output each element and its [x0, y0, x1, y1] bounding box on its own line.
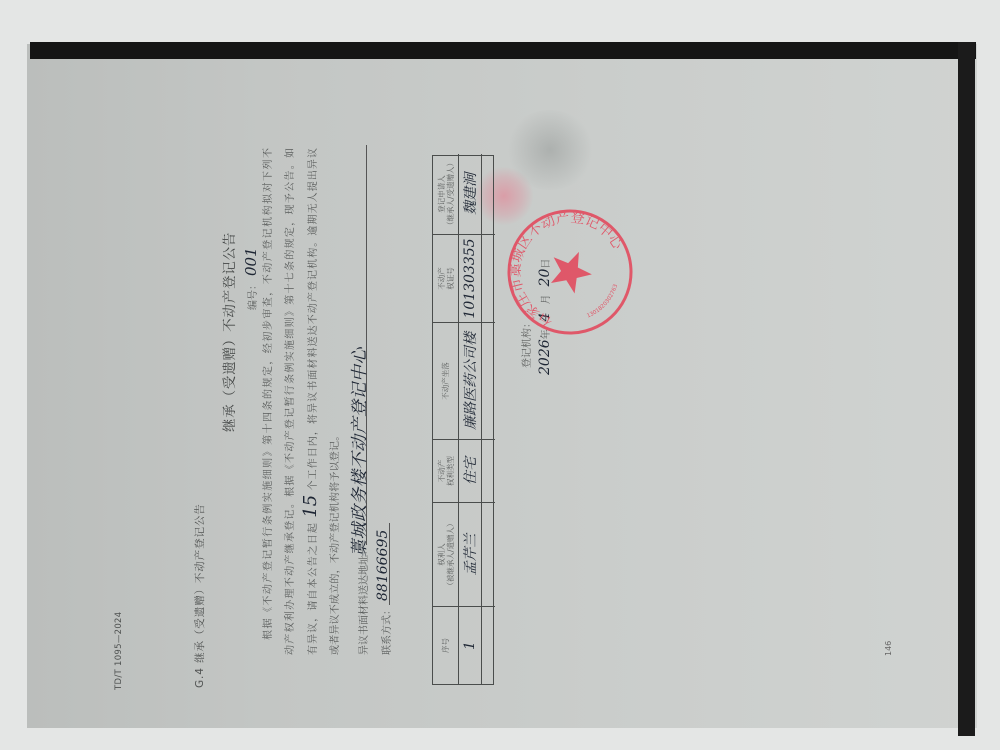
- objection-period-days: 15: [300, 495, 321, 518]
- address-fill-line: 藁城政务楼不动产登记中心: [352, 145, 367, 545]
- header-seq: 序号: [433, 606, 459, 684]
- contact-value: 88166695: [376, 530, 390, 601]
- black-edge-top: [30, 42, 976, 59]
- header-subtext: 权证号: [446, 267, 455, 290]
- row-1-owner: 孟芹兰: [459, 502, 482, 606]
- body-line-2: 动产权利办理不动产继承登记。根据《不动产登记暂行条例实施细则》第十七条的规定，现…: [284, 148, 298, 655]
- row-1-right-type: 住宅: [459, 439, 482, 502]
- date-year: 2026: [537, 339, 553, 375]
- address-value: 藁城政务楼不动产登记中心: [353, 347, 367, 557]
- header-text: 不动产: [437, 267, 446, 290]
- svg-text:1301820302763: 1301820302763: [584, 281, 623, 323]
- row-2-seq: [482, 606, 495, 684]
- row-2-applicant: [482, 154, 495, 234]
- row-2-location: [482, 322, 495, 439]
- body-line-1: 根据《不动产登记暂行条例实施细则》第十四条的规定，经初步审查，不动产登记机构拟对…: [262, 148, 276, 655]
- header-subtext: （继承人/受遗赠人）: [446, 159, 455, 229]
- header-text: 登记申请人: [437, 175, 446, 213]
- header-right-type: 不动产权利类型: [433, 439, 459, 502]
- registration-agency-label: 登记机构：: [518, 318, 533, 368]
- registration-table: 序号 权利人（被继承人/遗赠人） 不动产权利类型 不动产坐落 不动产权证号 登记…: [432, 155, 494, 685]
- header-owner: 权利人（被继承人/遗赠人）: [433, 502, 459, 606]
- header-subtext: 权利类型: [446, 456, 455, 486]
- page-number: 146: [884, 641, 893, 656]
- notice-title: 继承（受遗赠）不动产登记公告: [218, 232, 238, 432]
- header-subtext: （被继承人/遗赠人）: [446, 519, 455, 589]
- serial-label: 编号：: [248, 280, 259, 310]
- seal-code: 1301820302763: [584, 281, 623, 323]
- header-location: 不动产坐落: [433, 322, 459, 439]
- header-text: 序号: [441, 638, 450, 653]
- body-line-3-start: 有异议，请自本公告之日起: [308, 522, 319, 655]
- contact-label: 联系方式：: [382, 605, 393, 655]
- address-line: 异议书面材料送达地址：藁城政务楼不动产登记中心: [352, 148, 372, 655]
- header-text: 不动产: [437, 460, 446, 483]
- row-2-right-type: [482, 439, 495, 502]
- seal-star-icon: [540, 242, 598, 300]
- contact-line: 联系方式：88166695: [375, 148, 395, 655]
- row-2-owner: [482, 502, 495, 606]
- black-edge-right: [958, 42, 975, 736]
- body-line-3-end: 个工作日内，将异议书面材料送达不动产登记机构。逾期无人提出异议: [308, 148, 319, 491]
- body-line-4: 或者异议不成立的，不动产登记机构将予以登记。: [329, 148, 343, 655]
- section-heading: G.4 继承（受遗赠）不动产登记公告: [192, 503, 207, 688]
- contact-fill-line: 88166695: [375, 523, 390, 605]
- header-applicant: 登记申请人（继承人/受遗赠人）: [433, 154, 459, 234]
- header-certificate-no: 不动产权证号: [433, 234, 459, 322]
- row-1-certificate-no: 101303355: [459, 234, 482, 322]
- header-text: 权利人: [437, 543, 446, 566]
- serial-value: 001: [242, 247, 260, 276]
- serial-number: 编号：001: [242, 247, 260, 310]
- row-1-location: 廉路医药公司楼: [459, 322, 482, 439]
- row-1-seq: 1: [459, 606, 482, 684]
- standard-code: TD/T 1095—2024: [114, 612, 124, 690]
- body-line-3: 有异议，请自本公告之日起 15 个工作日内，将异议书面材料送达不动产登记机构。逾…: [306, 148, 320, 655]
- header-text: 不动产坐落: [441, 362, 450, 400]
- address-label: 异议书面材料送达地址：: [359, 545, 370, 655]
- row-1-applicant: 魏建涧: [459, 154, 482, 234]
- notice-document: TD/T 1095—2024 G.4 继承（受遗赠）不动产登记公告 继承（受遗赠…: [35, 30, 965, 730]
